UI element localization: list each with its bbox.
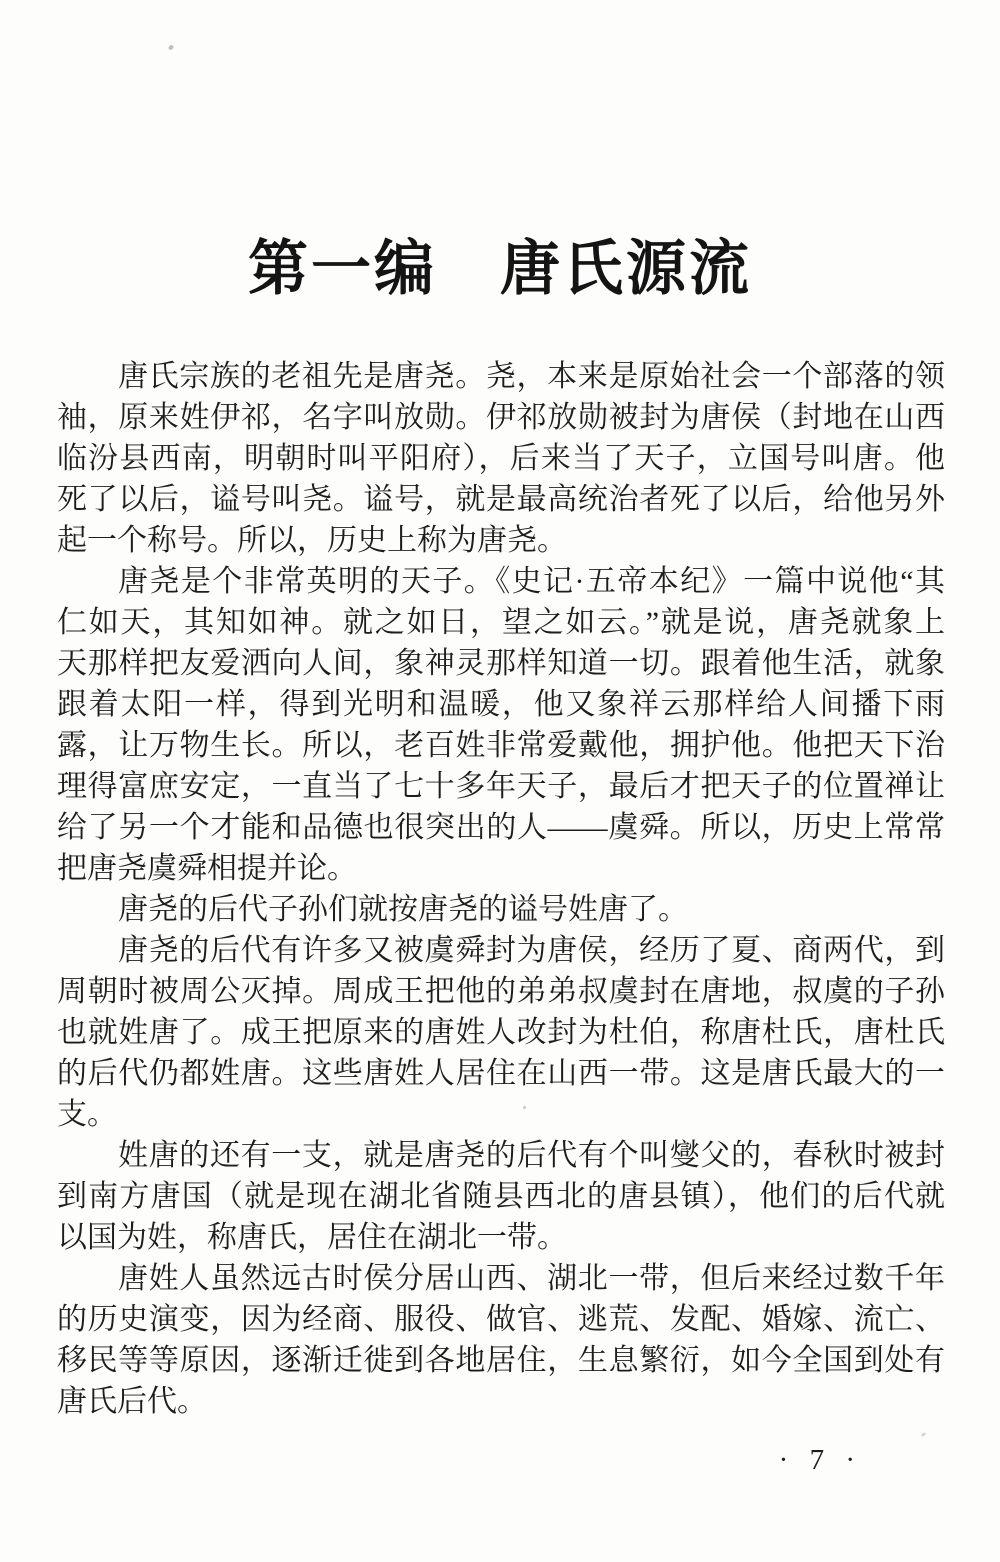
- text-line: 唐姓人虽然远古时侯分居山西、湖北一带，但后来经过数千年: [57, 1258, 945, 1299]
- scan-speck: [168, 44, 174, 50]
- text-line: 仁如天，其知如神。就之如日，望之如云。”就是说，唐尧就象上: [57, 602, 945, 643]
- text-line: 姓唐的还有一支，就是唐尧的后代有个叫燮父的，春秋时被封: [57, 1135, 945, 1176]
- text-line: 起一个称号。所以，历史上称为唐尧。: [57, 520, 945, 561]
- text-line: 唐氏后代。: [57, 1381, 945, 1422]
- text-line: 以国为姓，称唐氏，居住在湖北一带。: [57, 1217, 945, 1258]
- text-line: 临汾县西南，明朝时叫平阳府），后来当了天子，立国号叫唐。他: [57, 438, 945, 479]
- text-line: 的后代仍都姓唐。这些唐姓人居住在山西一带。这是唐氏最大的一: [57, 1053, 945, 1094]
- chapter-title: 第一编 唐氏源流: [0, 230, 1000, 308]
- text-line: 袖，原来姓伊祁，名字叫放勋。伊祁放勋被封为唐侯（封地在山西: [57, 397, 945, 438]
- text-line: 天那样把友爱洒向人间，象神灵那样知道一切。跟着他生活，就象: [57, 643, 945, 684]
- text-line: 唐尧的后代子孙们就按唐尧的谥号姓唐了。: [57, 889, 945, 930]
- scan-speck: [523, 1106, 526, 1109]
- text-line: 到南方唐国（就是现在湖北省随县西北的唐县镇），他们的后代就: [57, 1176, 945, 1217]
- text-line: 移民等等原因，逐渐迁徙到各地居住，生息繁衍，如今全国到处有: [57, 1340, 945, 1381]
- text-line: 唐氏宗族的老祖先是唐尧。尧，本来是原始社会一个部落的领: [57, 356, 945, 397]
- text-line: 露，让万物生长。所以，老百姓非常爱戴他，拥护他。他把天下治: [57, 725, 945, 766]
- text-line: 唐尧的后代有许多又被虞舜封为唐侯，经历了夏、商两代，到: [57, 930, 945, 971]
- body-text: 唐氏宗族的老祖先是唐尧。尧，本来是原始社会一个部落的领 袖，原来姓伊祁，名字叫放…: [57, 356, 945, 1422]
- text-line: 理得富庶安定，一直当了七十多年天子，最后才把天子的位置禅让: [57, 766, 945, 807]
- book-page: 第一编 唐氏源流 唐氏宗族的老祖先是唐尧。尧，本来是原始社会一个部落的领 袖，原…: [0, 0, 1000, 1562]
- text-line: 的历史演变，因为经商、服役、做官、逃荒、发配、婚嫁、流亡、: [57, 1299, 945, 1340]
- scan-speck: [921, 1432, 927, 1437]
- text-line: 支。: [57, 1094, 945, 1135]
- text-line: 周朝时被周公灭掉。周成王把他的弟弟叔虞封在唐地，叔虞的子孙: [57, 971, 945, 1012]
- text-line: 也就姓唐了。成王把原来的唐姓人改封为杜伯，称唐杜氏，唐杜氏: [57, 1012, 945, 1053]
- page-number: · 7 ·: [779, 1444, 862, 1477]
- text-line: 唐尧是个非常英明的天子。《史记·五帝本纪》一篇中说他“其: [57, 561, 945, 602]
- text-line: 跟着太阳一样，得到光明和温暖，他又象祥云那样给人间播下雨: [57, 684, 945, 725]
- text-line: 把唐尧虞舜相提并论。: [57, 848, 945, 889]
- text-line: 给了另一个才能和品德也很突出的人——虞舜。所以，历史上常常: [57, 807, 945, 848]
- text-line: 死了以后，谥号叫尧。谥号，就是最高统治者死了以后，给他另外: [57, 479, 945, 520]
